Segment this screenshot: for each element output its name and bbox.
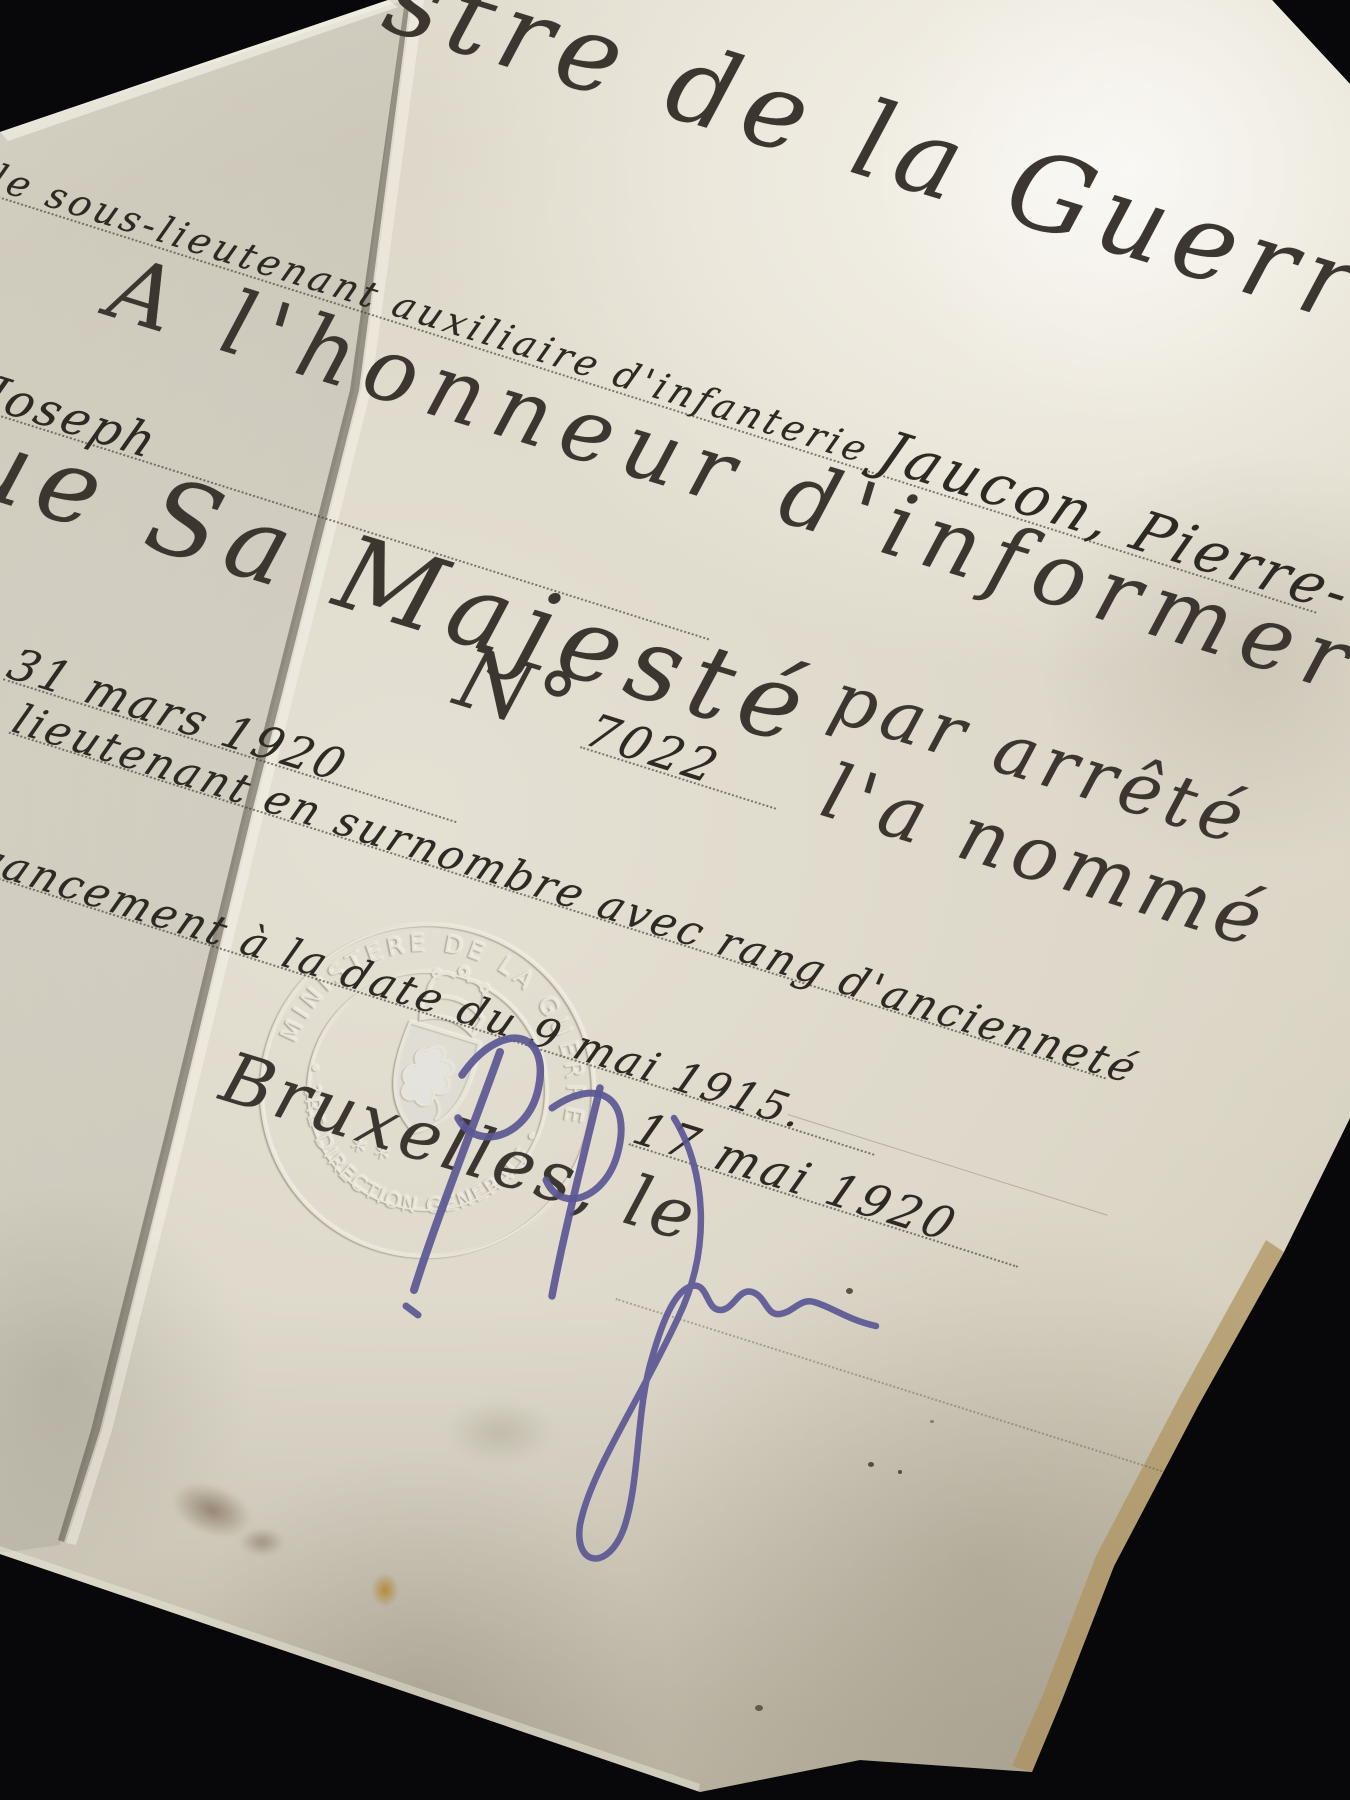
photo-frame: MINISTERE DE LA GUERRE • 1RE DIRECTION G… [0, 0, 1350, 1800]
ink-speck [755, 1705, 763, 1711]
signature-stroke [579, 1118, 876, 1558]
minister-signature [200, 980, 960, 1600]
signature-stroke [414, 1052, 500, 1290]
document-paper: MINISTERE DE LA GUERRE • 1RE DIRECTION G… [0, 0, 1350, 1800]
signature-stroke [406, 1306, 418, 1315]
